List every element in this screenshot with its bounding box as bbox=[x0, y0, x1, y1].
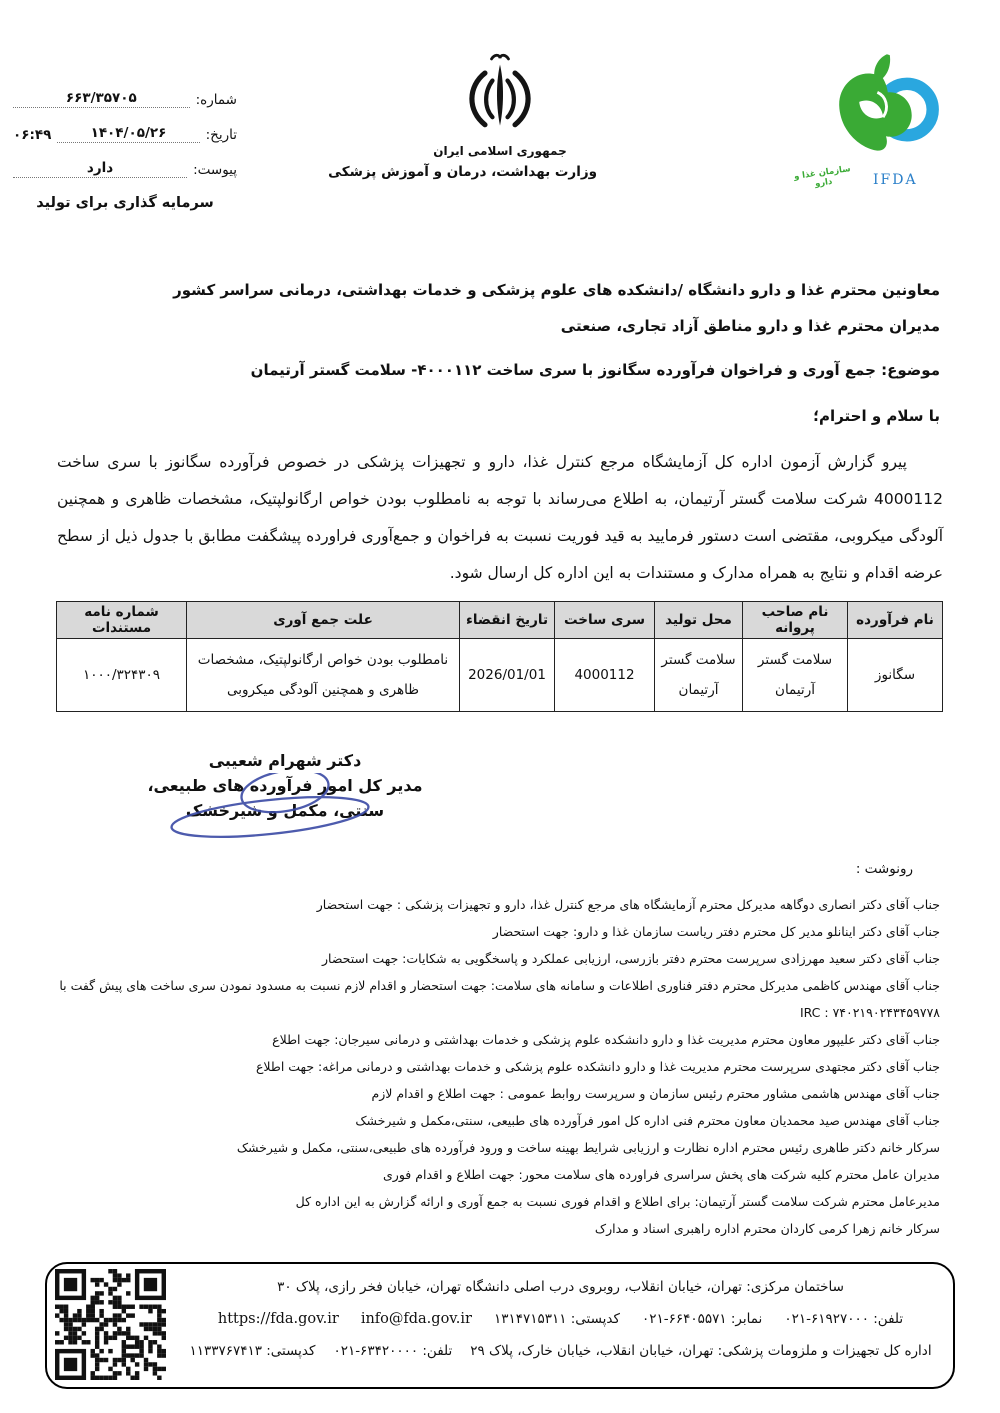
signature-title-1: مدیر کل امور فرآورده های طبیعی، bbox=[132, 773, 438, 798]
footer-contact-line: تلفن: ⁦۰۲۱-۶۱۹۲۷۰۰۰⁩ نمابر: ⁦۰۲۱-۶۶۴۰۵۵۷… bbox=[218, 1310, 903, 1328]
cc-item: مدیرعامل محترم شرکت سلامت گستر آرتیمان: … bbox=[55, 1188, 940, 1215]
table-row: سگانوز سلامت گستر آرتیمان سلامت گستر آرت… bbox=[57, 639, 943, 712]
col-header-recall-reason: علت جمع آوری bbox=[187, 602, 460, 639]
cc-item: جناب آقای مهندس کاظمی مدیرکل محترم دفتر … bbox=[55, 972, 940, 1026]
footer-website: https://fda.gov.ir bbox=[218, 1310, 339, 1328]
letter-date-row: تاریخ: ۱۴۰۴/۰۵/۲۶ ۰۶:۴۹ bbox=[13, 125, 237, 143]
letter-attachment-row: پیوست: دارد bbox=[13, 160, 237, 178]
cc-item: جناب آقای دکتر اینانلو مدیر کل محترم دفت… bbox=[55, 918, 940, 945]
cc-section: رونوشت : جناب آقای دکتر انصاری دوگاهه مد… bbox=[55, 861, 913, 1242]
letter-heading: معاونین محترم غذا و دارو دانشگاه /دانشکد… bbox=[57, 272, 940, 434]
signature-title-2: سنتی، مکمل و شیرخشک bbox=[132, 798, 438, 823]
cell-production-site: سلامت گستر آرتیمان bbox=[655, 639, 743, 712]
footer-email: info@fda.gov.ir bbox=[361, 1310, 472, 1328]
cc-heading: رونوشت : bbox=[55, 861, 913, 877]
cc-items: جناب آقای دکتر انصاری دوگاهه مدیرکل محتر… bbox=[55, 891, 940, 1242]
ifda-logo-block: سازمان غذا و دارو IFDA bbox=[795, 50, 975, 200]
footer-box: ساختمان مرکزی: تهران، خیابان انقلاب، روب… bbox=[45, 1262, 955, 1389]
cc-item: جناب آقای دکتر مجتهدی سرپرست محترم مدیری… bbox=[55, 1053, 940, 1080]
letter-number-row: شماره: ۶۶۳/۳۵۷۰۵ bbox=[13, 90, 237, 108]
signature-name: دکتر شهرام شعیبی bbox=[132, 748, 438, 773]
cell-batch-number: 4000112 bbox=[555, 639, 655, 712]
cc-item: سرکار خانم دکتر طاهری رئیس محترم اداره ن… bbox=[55, 1134, 940, 1161]
col-header-expiry-date: تاریخ انقضاء bbox=[460, 602, 555, 639]
date-label: تاریخ: bbox=[206, 127, 237, 143]
footer-phone: تلفن: ⁦۰۲۱-۶۱۹۲۷۰۰۰⁩ bbox=[784, 1310, 903, 1328]
footer-equipment-postal-code: کدپستی: ۱۱۳۳۷۶۷۴۱۳ bbox=[189, 1342, 315, 1360]
number-value: ۶۶۳/۳۵۷۰۵ bbox=[13, 90, 190, 108]
col-header-batch-number: سری ساخت bbox=[555, 602, 655, 639]
cell-product-name: سگانوز bbox=[848, 639, 943, 712]
footer-equipment-office-line: اداره کل تجهیزات و ملزومات پزشکی: تهران،… bbox=[189, 1342, 931, 1360]
number-label: شماره: bbox=[196, 92, 237, 108]
footer-main-address: ساختمان مرکزی: تهران، خیابان انقلاب، روب… bbox=[277, 1278, 844, 1296]
recall-table: نام فرآورده نام صاحب پروانه محل تولید سر… bbox=[56, 601, 943, 712]
letter-meta-block: شماره: ۶۶۳/۳۵۷۰۵ تاریخ: ۱۴۰۴/۰۵/۲۶ ۰۶:۴۹… bbox=[13, 90, 237, 211]
footer-postal-code: کدپستی: ۱۳۱۴۷۱۵۳۱۱ bbox=[494, 1310, 620, 1328]
letterhead-emblem-block: جمهوری اسلامی ایران وزارت بهداشت، درمان … bbox=[403, 52, 597, 180]
cc-item: جناب آقای دکتر علیپور معاون محترم مدیریت… bbox=[55, 1026, 940, 1053]
cc-item: مدیران عامل محترم کلیه شرکت های پخش سراس… bbox=[55, 1161, 940, 1188]
cc-item: جناب آقای دکتر سعید مهرزادی سرپرست محترم… bbox=[55, 945, 940, 972]
footer-equipment-address: اداره کل تجهیزات و ملزومات پزشکی: تهران،… bbox=[470, 1342, 931, 1360]
cell-expiry-date: 2026/01/01 bbox=[460, 639, 555, 712]
ifda-acronym: IFDA bbox=[873, 172, 918, 188]
cc-item: جناب آقای دکتر انصاری دوگاهه مدیرکل محتر… bbox=[55, 891, 940, 918]
official-letter-page: شماره: ۶۶۳/۳۵۷۰۵ تاریخ: ۱۴۰۴/۰۵/۲۶ ۰۶:۴۹… bbox=[0, 0, 1000, 1413]
col-header-product-name: نام فرآورده bbox=[848, 602, 943, 639]
qr-code-icon bbox=[55, 1269, 166, 1380]
body-paragraph: پیرو گزارش آزمون اداره کل آزمایشگاه مرجع… bbox=[57, 444, 943, 592]
attachment-value: دارد bbox=[13, 160, 187, 178]
subject-line: موضوع: جمع آوری و فراخوان فرآورده سگانوز… bbox=[57, 352, 940, 388]
col-header-production-site: محل تولید bbox=[655, 602, 743, 639]
cc-item: جناب آقای مهندس هاشمی مشاور محترم رئیس س… bbox=[55, 1080, 940, 1107]
col-header-license-holder: نام صاحب پروانه bbox=[743, 602, 848, 639]
col-header-document-letter-number: شماره نامه مستندات bbox=[57, 602, 187, 639]
footer-equipment-phone: تلفن: ⁦۰۲۱-۶۳۴۲۰۰۰۰⁩ bbox=[333, 1342, 452, 1360]
ifda-org-name: سازمان غذا و دارو bbox=[790, 164, 856, 193]
cc-item: جناب آقای مهندس صید محمدیان معاون محترم … bbox=[55, 1107, 940, 1134]
footer-contact-block: ساختمان مرکزی: تهران، خیابان انقلاب، روب… bbox=[182, 1264, 939, 1387]
cell-recall-reason: نامطلوب بودن خواص ارگانولپتیک، مشخصات ظا… bbox=[187, 639, 460, 712]
table-header-row: نام فرآورده نام صاحب پروانه محل تولید سر… bbox=[57, 602, 943, 639]
cc-item: سرکار خانم زهرا کرمی کاردان محترم اداره … bbox=[55, 1215, 940, 1242]
cell-license-holder: سلامت گستر آرتیمان bbox=[743, 639, 848, 712]
signature-block: دکتر شهرام شعیبی مدیر کل امور فرآورده ها… bbox=[132, 748, 438, 823]
date-value: ۱۴۰۴/۰۵/۲۶ bbox=[57, 125, 199, 143]
time-value: ۰۶:۴۹ bbox=[13, 127, 51, 143]
ministry-name: وزارت بهداشت، درمان و آموزش پزشکی bbox=[403, 164, 597, 180]
attachment-label: پیوست: bbox=[193, 162, 237, 178]
footer-fax: نمابر: ⁦۰۲۱-۶۶۴۰۵۵۷۱⁩ bbox=[642, 1310, 762, 1328]
country-name: جمهوری اسلامی ایران bbox=[403, 144, 597, 158]
salutation: با سلام و احترام؛ bbox=[57, 398, 940, 434]
recipient-line-1: معاونین محترم غذا و دارو دانشگاه /دانشکد… bbox=[57, 272, 940, 308]
cell-document-letter-number: ۱۰۰۰/۳۲۴۳۰۹ bbox=[57, 639, 187, 712]
recipient-line-2: مدیران محترم غذا و دارو مناطق آزاد تجاری… bbox=[57, 308, 940, 344]
production-slogan: سرمایه گذاری برای تولید bbox=[13, 195, 237, 211]
iran-emblem-icon bbox=[403, 52, 597, 142]
